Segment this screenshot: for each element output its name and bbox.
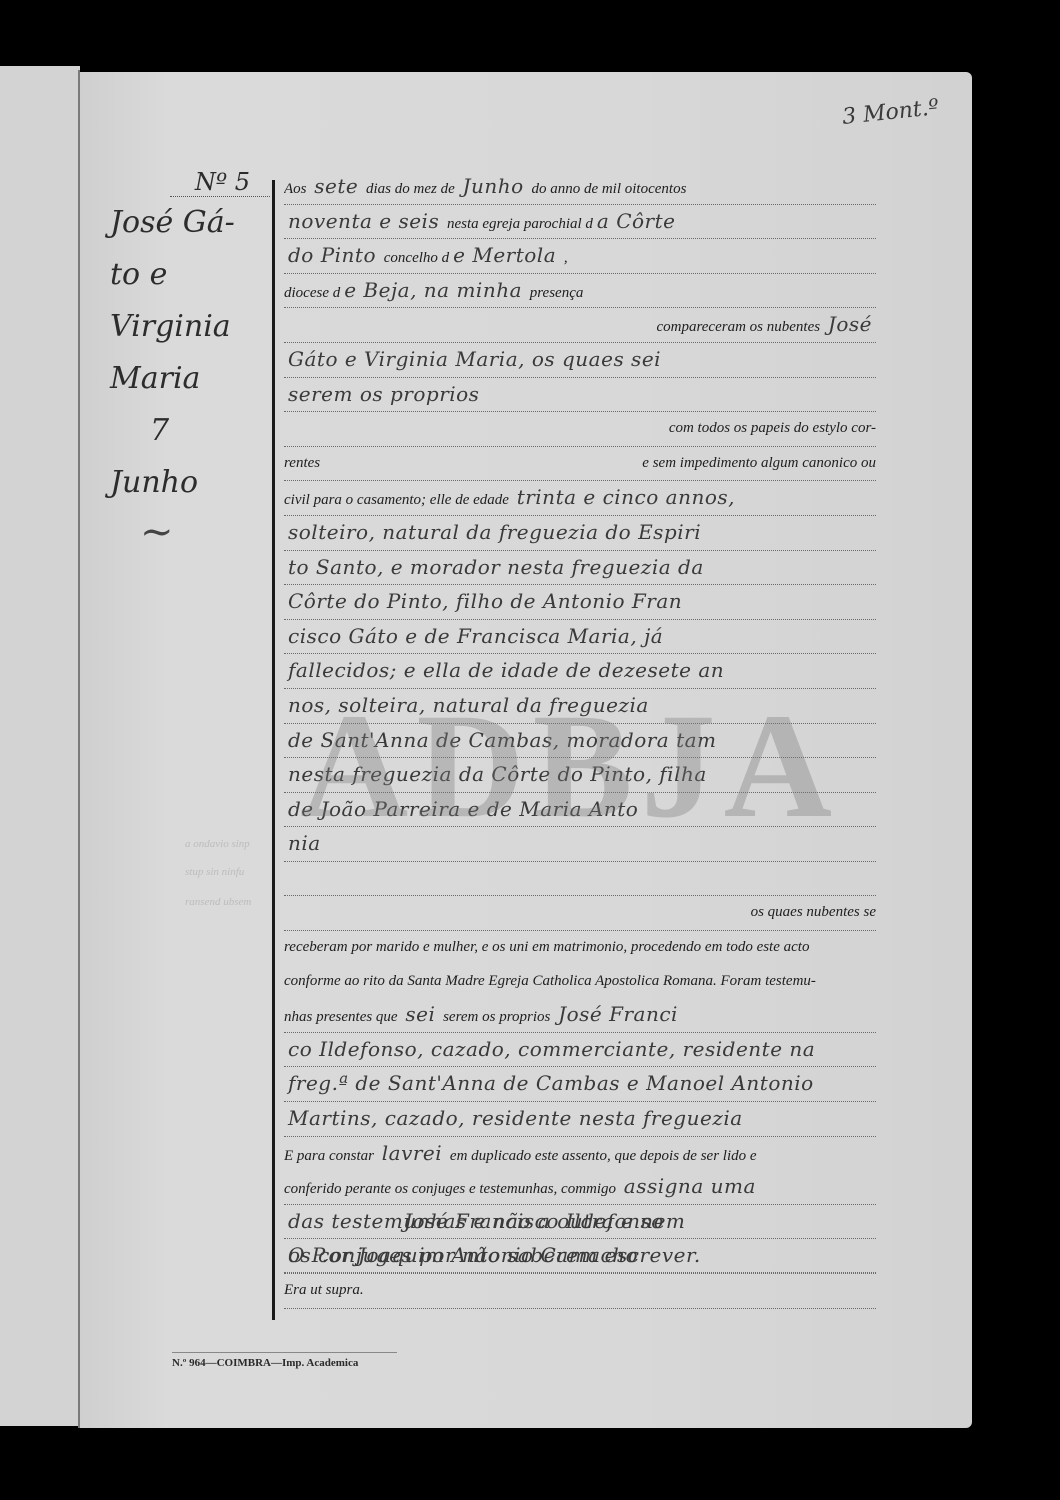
handwritten-entry: do Pinto — [284, 243, 380, 267]
record-line: solteiro, natural da freguezia do Espiri — [284, 516, 876, 551]
margin-line: José Gá- — [100, 197, 270, 249]
handwritten-entry: lavrei — [378, 1141, 446, 1165]
margin-line: to e — [100, 249, 270, 301]
bleed-through-text: ransend ubsem — [185, 896, 275, 908]
record-line: noventa e seis nesta egreja parochial da… — [284, 205, 876, 240]
closing-formula: Era ut supra. — [284, 1282, 364, 1299]
handwritten-entry: e Beja, na minha — [340, 278, 526, 302]
handwritten-entry: nia — [284, 831, 325, 855]
printed-text: dias do mez de — [362, 181, 458, 197]
handwritten-entry: serem os proprios — [284, 382, 483, 406]
handwritten-entry: nos, solteira, natural da freguezia — [284, 693, 653, 717]
printed-text: e sem impedimento algum canonico ou — [642, 447, 876, 481]
printed-text: rentes — [284, 455, 320, 471]
record-line: Martins, cazado, residente nesta freguez… — [284, 1102, 876, 1137]
handwritten-entry: José — [824, 312, 876, 336]
record-line: co Ildefonso, cazado, commerciante, resi… — [284, 1033, 876, 1068]
printed-text: nhas presentes que — [284, 1009, 401, 1025]
record-line: cisco Gáto e de Francisca Maria, já — [284, 620, 876, 655]
signature-witness: José Francisco Ildefonso — [284, 1209, 668, 1233]
record-line — [284, 1274, 876, 1309]
bleed-through-text: stup sin ninfu — [185, 866, 275, 878]
margin-line: Junho — [100, 457, 270, 509]
bleed-through-text: a ondavio sinp — [185, 838, 275, 850]
entry-number: Nº 5 — [170, 168, 270, 197]
signature-priest: O P.or Joaquim Antonio Camacho — [284, 1243, 642, 1267]
margin-line: Virginia — [100, 301, 270, 353]
record-line: do Pinto concelho de Mertola , — [284, 239, 876, 274]
handwritten-entry: freg.ª de Sant'Anna de Cambas e Manoel A… — [284, 1071, 818, 1095]
handwritten-entry: assigna uma — [620, 1174, 760, 1198]
record-line: civil para o casamento; elle de edade tr… — [284, 481, 876, 516]
record-line: Gáto e Virginia Maria, os quaes sei — [284, 343, 876, 378]
handwritten-entry: solteiro, natural da freguezia do Espiri — [284, 520, 705, 544]
printed-text: concelho d — [380, 250, 449, 266]
record-line: nhas presentes que sei serem os proprios… — [284, 998, 876, 1033]
handwritten-entry: to Santo, e morador nesta freguezia da — [284, 555, 708, 579]
printed-text: do anno de mil oitocentos — [528, 181, 687, 197]
signatures: José Francisco Ildefonso O P.or Joaquim … — [284, 1205, 876, 1273]
record-body: Aos sete dias do mez de Junho do anno de… — [284, 170, 876, 1309]
record-line: de Sant'Anna de Cambas, moradora tam — [284, 724, 876, 759]
printed-text: compareceram os nubentes — [657, 319, 824, 335]
handwritten-entry: Gáto e Virginia Maria, os quaes sei — [284, 347, 665, 371]
record-line: nia — [284, 827, 876, 862]
record-line: receberam por marido e mulher, e os uni … — [284, 931, 876, 965]
margin-rule — [272, 180, 275, 1320]
printed-text: com todos os papeis do estylo cor- — [669, 420, 876, 436]
previous-page-edge — [0, 66, 80, 1426]
handwritten-entry: Junho — [458, 174, 527, 198]
record-line: os quaes nubentes se — [284, 896, 876, 931]
page-fold — [78, 70, 80, 1428]
handwritten-entry: a Côrte — [593, 209, 680, 233]
record-line: com todos os papeis do estylo cor- — [284, 412, 876, 447]
handwritten-entry: co Ildefonso, cazado, commerciante, resi… — [284, 1037, 819, 1061]
printed-text: conferido perante os conjuges e testemun… — [284, 1181, 620, 1197]
printed-text: Aos — [284, 181, 310, 197]
printed-text: conforme ao rito da Santa Madre Egreja C… — [284, 973, 816, 989]
record-line: fallecidos; e ella de idade de dezesete … — [284, 654, 876, 689]
record-line: to Santo, e morador nesta freguezia da — [284, 551, 876, 586]
handwritten-entry: de João Parreira e de Maria Anto — [284, 797, 642, 821]
signature-line: José Francisco Ildefonso — [284, 1205, 876, 1239]
handwritten-entry: e Mertola — [449, 243, 560, 267]
handwritten-entry: fallecidos; e ella de idade de dezesete … — [284, 658, 728, 682]
printed-text: civil para o casamento; elle de edade — [284, 492, 513, 508]
flourish-mark: ~ — [100, 509, 270, 555]
handwritten-entry: cisco Gáto e de Francisca Maria, já — [284, 624, 667, 648]
printed-text: serem os proprios — [439, 1009, 554, 1025]
handwritten-entry: sei — [401, 1002, 439, 1026]
printed-text: presença — [526, 285, 583, 301]
printed-text: diocese d — [284, 285, 340, 301]
record-line: Aos sete dias do mez de Junho do anno de… — [284, 170, 876, 205]
margin-line: 7 — [100, 405, 270, 457]
printed-text: nesta egreja parochial d — [443, 216, 593, 232]
record-line: conforme ao rito da Santa Madre Egreja C… — [284, 965, 876, 999]
record-line: diocese de Beja, na minha presença — [284, 274, 876, 309]
record-line: nesta freguezia da Côrte do Pinto, filha — [284, 758, 876, 793]
record-line: de João Parreira e de Maria Anto — [284, 793, 876, 828]
handwritten-entry: José Franci — [554, 1002, 682, 1026]
printed-text: os quaes nubentes se — [751, 904, 876, 920]
handwritten-entry: Martins, cazado, residente nesta freguez… — [284, 1106, 747, 1130]
signature-line: O P.or Joaquim Antonio Camacho — [284, 1239, 876, 1273]
record-line: compareceram os nubentes José — [284, 308, 876, 343]
record-line: serem os proprios — [284, 378, 876, 413]
record-line: conferido perante os conjuges e testemun… — [284, 1170, 876, 1205]
record-line: rentes e sem impedimento algum canonico … — [284, 447, 876, 482]
margin-entry: Nº 5 José Gá- to e Virginia Maria 7 Junh… — [100, 168, 270, 555]
handwritten-entry: Côrte do Pinto, filho de Antonio Fran — [284, 589, 686, 613]
record-line: E para constar lavrei em duplicado este … — [284, 1137, 876, 1171]
printed-text: receberam por marido e mulher, e os uni … — [284, 939, 809, 955]
record-line: nos, solteira, natural da freguezia — [284, 689, 876, 724]
record-line — [284, 862, 876, 897]
margin-line: Maria — [100, 353, 270, 405]
printed-text: , — [560, 250, 568, 266]
printed-text: em duplicado este assento, que depois de… — [446, 1148, 756, 1164]
printer-imprint: N.º 964—COIMBRA—Imp. Academica — [172, 1352, 397, 1369]
record-line: Côrte do Pinto, filho de Antonio Fran — [284, 585, 876, 620]
record-line: freg.ª de Sant'Anna de Cambas e Manoel A… — [284, 1067, 876, 1102]
handwritten-entry: trinta e cinco annos, — [513, 485, 739, 509]
printed-text: E para constar — [284, 1148, 378, 1164]
handwritten-entry: noventa e seis — [284, 209, 443, 233]
handwritten-entry: nesta freguezia da Côrte do Pinto, filha — [284, 762, 711, 786]
handwritten-entry: de Sant'Anna de Cambas, moradora tam — [284, 728, 721, 752]
handwritten-entry: sete — [310, 174, 362, 198]
